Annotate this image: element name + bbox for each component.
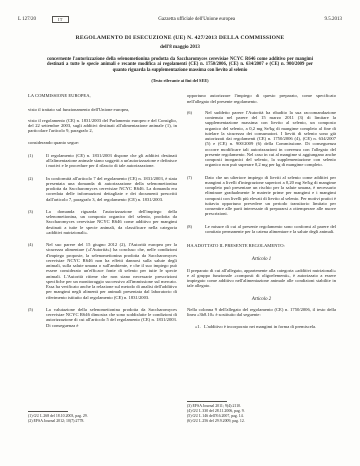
recital-3: (3) La domanda riguarda l'autorizzazione… <box>28 209 177 235</box>
article-2-heading: Articolo 2 <box>187 297 336 302</box>
recital-text: In conformità all'articolo 7 del regolam… <box>46 176 177 202</box>
recital-5: (5) La valutazione della selenometionina… <box>28 307 177 328</box>
footnote-2: (2) EFSA Journal 2012; 10(7):2778. <box>28 419 177 424</box>
quoted-item-text: L'additivo è incorporato nei mangimi in … <box>204 324 336 329</box>
journal-title: Gazzetta ufficiale dell'Unione europea <box>69 17 325 23</box>
recital-6: (6) Nel suddetto parere l'Autorità ha ri… <box>187 110 336 168</box>
recital-number: (8) <box>187 224 205 235</box>
article-2-text: Nella colonna 9 dell'allegato del regola… <box>187 307 336 318</box>
regulation-date: dell'8 maggio 2013 <box>18 45 342 51</box>
recital-text: Nel suo parere del 15 giugno 2012 (2), l… <box>46 242 177 300</box>
footnote-rule <box>187 401 227 402</box>
recital-text: Le misure di cui al presente regolamento… <box>205 224 336 235</box>
recital-number: (4) <box>28 242 46 300</box>
citation-regulation: visto il regolamento (CE) n. 1831/2003 d… <box>28 118 177 134</box>
recital-number: (6) <box>187 110 205 168</box>
recital-5-continuation: opportuno autorizzare l'impiego di quest… <box>187 93 336 104</box>
citation-treaty: visto il trattato sul funzionamento dell… <box>28 107 177 112</box>
recital-number: (1) <box>28 153 46 169</box>
recital-1: (1) Il regolamento (CE) n. 1831/2003 dis… <box>28 153 177 169</box>
recital-number: (7) <box>187 175 205 217</box>
page-header: L 127/20 IT Gazzetta ufficiale dell'Unio… <box>18 16 342 23</box>
recital-4: (4) Nel suo parere del 15 giugno 2012 (2… <box>28 242 177 300</box>
page-reference: L 127/20 <box>18 17 36 23</box>
regulation-title: REGOLAMENTO DI ESECUZIONE (UE) N. 427/20… <box>18 35 342 42</box>
left-column: LA COMMISSIONE EUROPEA, visto il trattat… <box>28 93 177 423</box>
recital-number: (5) <box>28 307 46 328</box>
title-block: REGOLAMENTO DI ESECUZIONE (UE) N. 427/20… <box>18 35 342 83</box>
article-1-heading: Articolo 1 <box>187 257 336 262</box>
recital-number: (2) <box>28 176 46 202</box>
adoption-formula: HA ADOTTATO IL PRESENTE REGOLAMENTO: <box>187 243 336 248</box>
right-footnotes: (3) EFSA Journal 2011; 9(4):2110. (4) GU… <box>187 397 336 423</box>
issue-date: 9.5.2013 <box>325 17 343 23</box>
recital-text: La valutazione della selenometionina pro… <box>46 307 177 328</box>
article-2-quoted-item: «1. L'additivo è incorporato nei mangimi… <box>195 324 336 329</box>
right-column: opportuno autorizzare l'impiego di quest… <box>187 93 336 423</box>
recital-number: (3) <box>28 209 46 235</box>
recital-text: Dato che un ulteriore impiego di lieviti… <box>205 175 336 217</box>
official-journal-page: L 127/20 IT Gazzetta ufficiale dell'Unio… <box>0 0 360 466</box>
regulation-subtitle: concernente l'autorizzazione della selen… <box>47 57 313 74</box>
language-code-box: IT <box>52 16 69 23</box>
recital-text: Il regolamento (CE) n. 1831/2003 dispone… <box>46 153 177 169</box>
footnote-6: (6) GU L 256 del 29.9.2009, pag. 12. <box>187 419 336 424</box>
left-footnotes: (1) GU L 268 del 18.10.2003, pag. 29. (2… <box>28 407 177 423</box>
eea-relevance-note: (Testo rilevante ai fini del SEE) <box>18 78 342 83</box>
recital-text: Nel suddetto parere l'Autorità ha ribadi… <box>205 110 336 168</box>
footnote-rule <box>28 411 68 412</box>
recital-8: (8) Le misure di cui al presente regolam… <box>187 224 336 235</box>
quoted-item-number: «1. <box>195 324 204 329</box>
considering-lead-in: considerando quanto segue: <box>28 140 177 145</box>
recital-2: (2) In conformità all'articolo 7 del reg… <box>28 176 177 202</box>
article-1-text: Il preparato di cui all'allegato, appart… <box>187 268 336 289</box>
recital-7: (7) Dato che un ulteriore impiego di lie… <box>187 175 336 217</box>
recital-text: La domanda riguarda l'autorizzazione del… <box>46 209 177 235</box>
commission-opening: LA COMMISSIONE EUROPEA, <box>28 93 177 98</box>
body-columns: LA COMMISSIONE EUROPEA, visto il trattat… <box>28 93 336 423</box>
